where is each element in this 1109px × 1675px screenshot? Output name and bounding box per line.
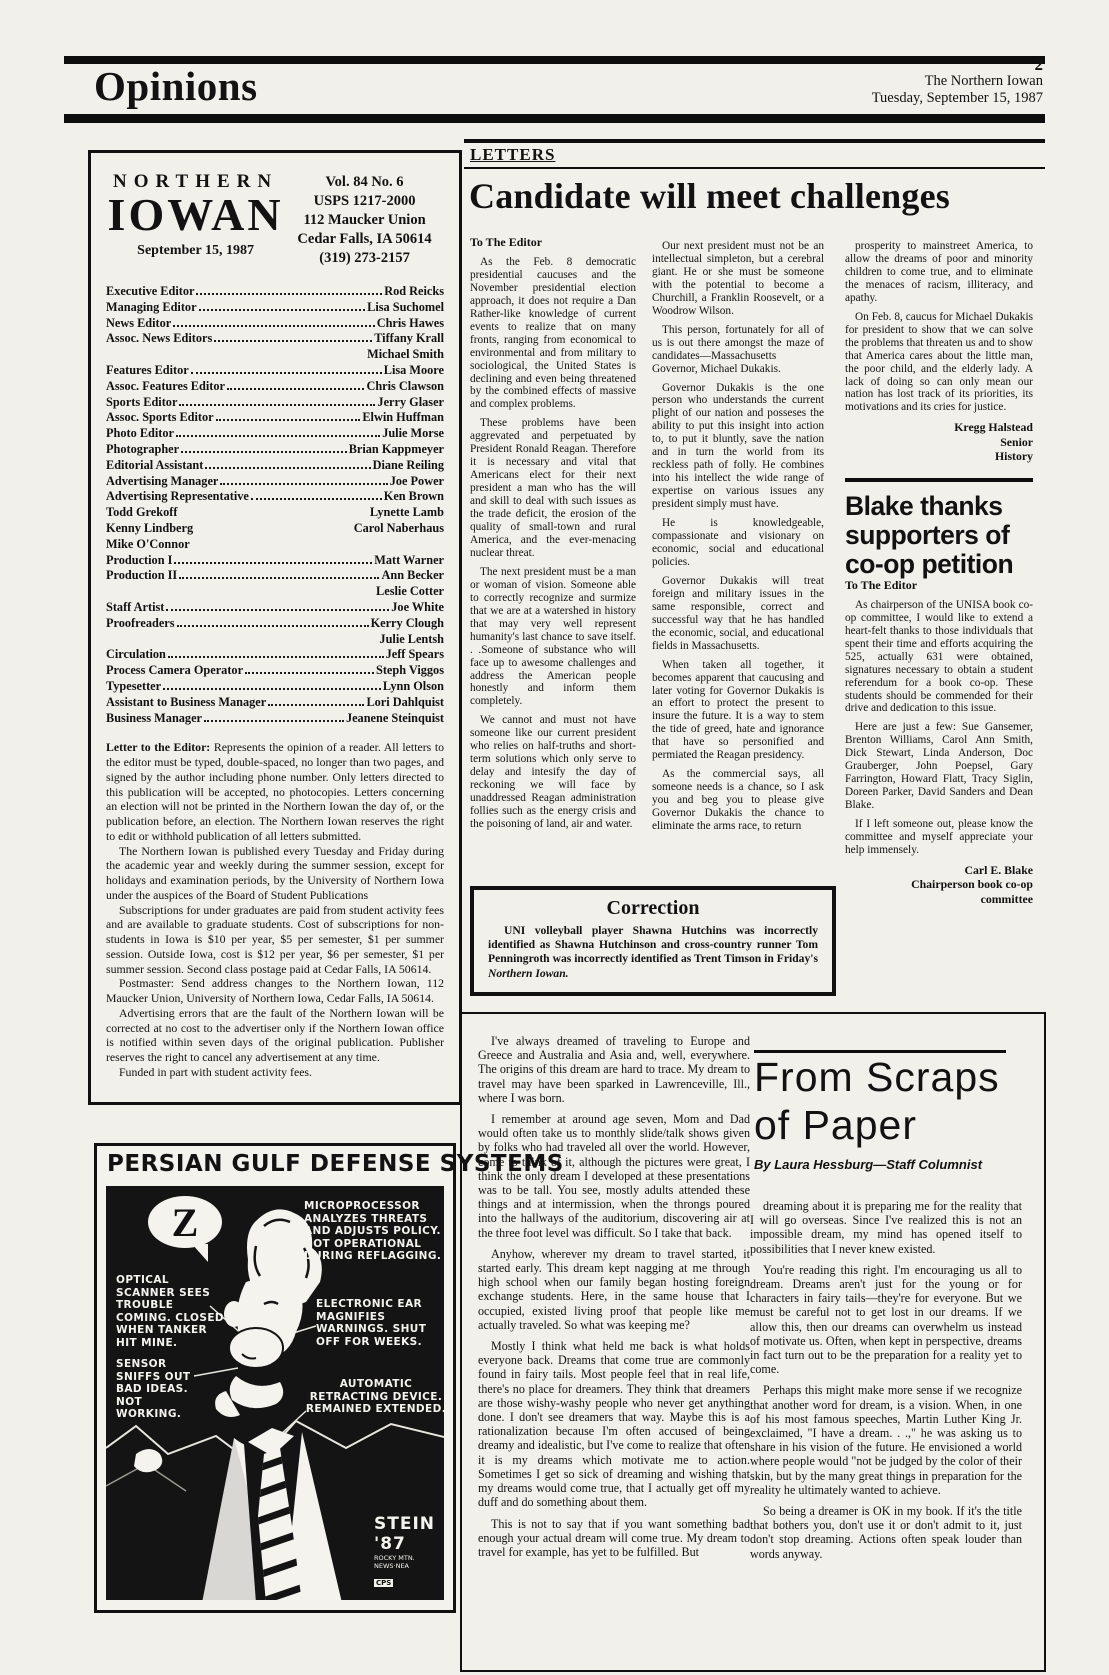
staff-row: Managing Editor Lisa Suchomel: [106, 300, 444, 316]
staff-role: Advertising Representative: [106, 489, 249, 505]
scraps-header: From Scraps of Paper By Laura Hessburg—S…: [754, 1050, 1030, 1172]
staff-row: Features Editor Lisa Moore: [106, 363, 444, 379]
dot-leader: [245, 672, 374, 674]
staff-role: Staff Artist: [106, 600, 164, 616]
cartoon-label-optical: OPTICAL SCANNER SEES TROUBLE COMING. CLO…: [116, 1274, 226, 1349]
scraps-column-box: I've always dreamed of traveling to Euro…: [460, 1012, 1046, 1672]
staff-role: News Editor: [106, 316, 171, 332]
staff-role: Managing Editor: [106, 300, 197, 316]
staff-role: Assoc. Features Editor: [106, 379, 225, 395]
staff-role: Sports Editor: [106, 395, 177, 411]
staff-row: Assoc. Sports Editor Elwin Huffman: [106, 410, 444, 426]
dot-leader: [174, 562, 372, 564]
dot-leader: [191, 372, 382, 374]
staff-name: Leslie Cotter: [376, 584, 444, 600]
fine-print-paragraph: Advertising errors that are the fault of…: [106, 1006, 444, 1065]
paper-name: The Northern Iowan: [872, 73, 1043, 90]
staff-row: Advertising Representative Ken Brown: [106, 489, 444, 505]
page-number: 2: [872, 56, 1043, 73]
staff-row: Photo Editor Julie Morse: [106, 426, 444, 442]
cartoon-syndicate-1: ROCKY MTN.: [374, 1554, 444, 1562]
staff-name: Julie Lentsh: [379, 632, 444, 648]
column-title-line2: of Paper: [754, 1101, 1030, 1149]
staff-role: Kenny Lindberg: [106, 521, 193, 537]
staff-row: Production II Ann Becker: [106, 568, 444, 584]
staff-row: Executive Editor Rod Reicks: [106, 284, 444, 300]
correction-box: Correction UNI volleyball player Shawna …: [470, 886, 836, 996]
staff-role: Photo Editor: [106, 426, 174, 442]
dot-leader: [173, 325, 374, 327]
issue-date: Tuesday, September 15, 1987: [872, 90, 1043, 107]
staff-role: Assoc. Sports Editor: [106, 410, 214, 426]
staff-name: Julie Morse: [382, 426, 444, 442]
signature-line: History: [845, 449, 1033, 464]
staff-name: Lisa Suchomel: [367, 300, 444, 316]
cartoon-label-microprocessor: MICROPROCESSOR ANALYZES THREATS AND ADJU…: [304, 1200, 444, 1263]
staff-role: Assoc. News Editors: [106, 331, 212, 347]
masthead-fine-print: Letter to the Editor: Represents the opi…: [106, 740, 444, 1079]
header-right: 2 The Northern Iowan Tuesday, September …: [872, 56, 1043, 107]
staff-name: Elwin Huffman: [362, 410, 444, 426]
staff-name: Rod Reicks: [384, 284, 444, 300]
editorial-cartoon: PERSIAN GULF DEFENSE SYSTEMS: [94, 1143, 456, 1613]
staff-row: Process Camera Operator Steph Viggos: [106, 663, 444, 679]
dot-leader: [214, 340, 372, 342]
staff-row: Mike O'Connor: [106, 537, 444, 553]
letter-signature: Kregg HalsteadSeniorHistory: [845, 420, 1033, 464]
masthead-date: September 15, 1987: [106, 243, 285, 259]
dot-leader: [268, 704, 364, 706]
letter-col3-paragraphs: prosperity to mainstreet America, to all…: [845, 240, 1033, 414]
staff-role: Editorial Assistant: [106, 458, 203, 474]
staff-role: Circulation: [106, 647, 166, 663]
blake-rule: [845, 478, 1033, 482]
masthead-info-line: Cedar Falls, IA 50614: [285, 230, 444, 249]
staff-name: Matt Warner: [374, 553, 444, 569]
dot-leader: [166, 609, 389, 611]
masthead-nameplate: NORTHERN IOWAN September 15, 1987: [106, 165, 285, 268]
dot-leader: [216, 419, 361, 421]
letter-col2-paragraphs: Our next president must not be an intell…: [652, 240, 824, 833]
letter-paragraph: He is knowledgeable, compassionate and v…: [652, 517, 824, 569]
staff-name: Lori Dahlquist: [366, 695, 444, 711]
masthead-box: NORTHERN IOWAN September 15, 1987 Vol. 8…: [88, 150, 462, 1105]
letter-paragraph: As the Feb. 8 democratic presidential ca…: [470, 256, 636, 411]
staff-name: Diane Reiling: [373, 458, 444, 474]
letter-paragraph: These problems have been aggrevated and …: [470, 417, 636, 559]
staff-row: Leslie Cotter: [106, 584, 444, 600]
signature-line: Senior: [845, 435, 1033, 450]
staff-row: Advertising Manager Joe Power: [106, 474, 444, 490]
staff-row: Staff Artist Joe White: [106, 600, 444, 616]
staff-row: Business Manager Jeanene Steinquist: [106, 711, 444, 727]
staff-row: Michael Smith: [106, 347, 444, 363]
letter-salutation: To The Editor: [470, 236, 636, 249]
blake-salutation: To The Editor: [845, 579, 1033, 592]
staff-role: Photographer: [106, 442, 179, 458]
letter-paragraph: Governor Dukakis is the one person who u…: [652, 382, 824, 512]
column-byline: By Laura Hessburg—Staff Columnist: [754, 1157, 1030, 1172]
staff-role: Production I: [106, 553, 172, 569]
correction-italic: Northern Iowan.: [488, 967, 569, 980]
cartoon-label-sensor: SENSOR SNIFFS OUT BAD IDEAS. NOT WORKING…: [116, 1358, 208, 1421]
column-paragraph: This is not to say that if you want some…: [478, 1517, 750, 1560]
fine-print-lead: Letter to the Editor:: [106, 740, 214, 754]
letter-headline: Candidate will meet challenges: [469, 176, 1047, 216]
column-paragraph: You're reading this right. I'm encouragi…: [750, 1263, 1022, 1377]
staff-name: Lynette Lamb: [370, 505, 444, 521]
staff-role: Advertising Manager: [106, 474, 218, 490]
staff-row: News Editor Chris Hawes: [106, 316, 444, 332]
column-paragraph: I remember at around age seven, Mom and …: [478, 1112, 750, 1240]
letter-paragraph: We cannot and must not have someone like…: [470, 714, 636, 831]
dot-leader: [176, 435, 380, 437]
letters-rule-thin: [464, 167, 1045, 169]
masthead-name-line2: IOWAN: [106, 193, 285, 237]
staff-role: Features Editor: [106, 363, 189, 379]
dot-leader: [179, 577, 379, 579]
dot-leader: [163, 688, 381, 690]
dot-leader: [227, 388, 364, 390]
staff-row: Assoc. Features Editor Chris Clawson: [106, 379, 444, 395]
cartoon-syndicate-3: CPS: [374, 1579, 393, 1587]
staff-name: Ann Becker: [381, 568, 444, 584]
staff-role: Typesetter: [106, 679, 161, 695]
staff-list: Executive Editor Rod Reicks Managing Edi…: [106, 284, 444, 726]
fine-print-paragraph: Letter to the Editor: Represents the opi…: [106, 740, 444, 843]
staff-name: Jeff Spears: [386, 647, 444, 663]
speech-bubble-tail: [192, 1244, 208, 1262]
fine-print-paragraph: Postmaster: Send address changes to the …: [106, 976, 444, 1006]
staff-row: Production I Matt Warner: [106, 553, 444, 569]
staff-row: Julie Lentsh: [106, 632, 444, 648]
staff-name: Kerry Clough: [371, 616, 444, 632]
section-title: Opinions: [94, 62, 258, 110]
staff-role: Proofreaders: [106, 616, 175, 632]
column-title-line1: From Scraps: [754, 1053, 1030, 1101]
staff-name: Joe Power: [390, 474, 444, 490]
dot-leader: [181, 451, 347, 453]
letter-paragraph: This person, fortunately for all of us i…: [652, 324, 824, 376]
dot-leader: [204, 720, 344, 722]
staff-row: Assistant to Business Manager Lori Dahlq…: [106, 695, 444, 711]
letter-column-3: prosperity to mainstreet America, to all…: [845, 240, 1033, 906]
staff-name: Chris Clawson: [366, 379, 444, 395]
letter-paragraph: Our next president must not be an intell…: [652, 240, 824, 318]
staff-row: Todd Grekoff Lynette Lamb: [106, 505, 444, 521]
staff-role: Business Manager: [106, 711, 202, 727]
staff-row: Typesetter Lynn Olson: [106, 679, 444, 695]
letter-paragraph: As chairperson of the UNISA book co-op c…: [845, 599, 1033, 716]
correction-title: Correction: [488, 897, 818, 920]
staff-role: Mike O'Connor: [106, 537, 190, 553]
signature-line: Carl E. Blake: [845, 863, 1033, 878]
column-paragraph: Mostly I think what held me back is what…: [478, 1339, 750, 1509]
letter-column-1: To The Editor As the Feb. 8 democratic p…: [470, 236, 636, 837]
column-paragraph: I've always dreamed of traveling to Euro…: [478, 1034, 750, 1105]
staff-name: Michael Smith: [367, 347, 444, 363]
staff-row: Assoc. News Editors Tiffany Krall: [106, 331, 444, 347]
letter-paragraph: Governor Dukakis will treat foreign and …: [652, 575, 824, 653]
masthead-info: Vol. 84 No. 6USPS 1217-2000112 Maucker U…: [285, 165, 444, 268]
dot-leader: [199, 309, 366, 311]
letter-paragraph: Here are just a few: Sue Gansemer, Brent…: [845, 721, 1033, 812]
letter-paragraph: prosperity to mainstreet America, to all…: [845, 240, 1033, 305]
staff-role: Process Camera Operator: [106, 663, 243, 679]
dot-leader: [179, 404, 375, 406]
letter-paragraph: When taken all together, it becomes appa…: [652, 659, 824, 763]
column-paragraph: dreaming about it is preparing me for th…: [750, 1199, 1022, 1256]
staff-name: Ken Brown: [384, 489, 444, 505]
fine-print-paragraph: Subscriptions for under graduates are pa…: [106, 903, 444, 977]
fine-print-paragraph: The Northern Iowan is published every Tu…: [106, 844, 444, 903]
cartoon-label-ear: ELECTRONIC EAR MAGNIFIES WARNINGS. SHUT …: [316, 1298, 444, 1348]
signature-line: Chairperson book co-op: [845, 877, 1033, 892]
speech-bubble: Z: [148, 1196, 222, 1248]
staff-role: Executive Editor: [106, 284, 194, 300]
dot-leader: [196, 293, 382, 295]
scraps-right-column: dreaming about it is preparing me for th…: [750, 1199, 1022, 1568]
cartoonist-name: STEIN '87: [374, 1514, 444, 1554]
dot-leader: [177, 625, 369, 627]
header-bottom-rule: [64, 114, 1045, 123]
signature-line: Kregg Halstead: [845, 420, 1033, 435]
staff-row: Circulation Jeff Spears: [106, 647, 444, 663]
cartoon-syndicate-2: NEWS·NEA: [374, 1562, 444, 1570]
letter-paragraph: On Feb. 8, caucus for Michael Dukakis fo…: [845, 311, 1033, 415]
letter-col1-paragraphs: As the Feb. 8 democratic presidential ca…: [470, 256, 636, 831]
staff-row: Sports Editor Jerry Glaser: [106, 395, 444, 411]
blake-headline: Blake thanks supporters of co-op petitio…: [845, 492, 1033, 579]
staff-name: Lynn Olson: [383, 679, 444, 695]
staff-name: Brian Kappmeyer: [349, 442, 444, 458]
blake-paragraphs: As chairperson of the UNISA book co-op c…: [845, 599, 1033, 857]
staff-name: Tiffany Krall: [374, 331, 444, 347]
column-paragraph: So being a dreamer is OK in my book. If …: [750, 1504, 1022, 1561]
dot-leader: [205, 467, 370, 469]
masthead-info-line: 112 Maucker Union: [285, 211, 444, 230]
scraps-left-column: I've always dreamed of traveling to Euro…: [478, 1034, 750, 1566]
cartoon-panel: Z MICROPROCESSOR ANALYZES THREATS AND AD…: [106, 1186, 444, 1600]
letters-rule-top: [464, 139, 1045, 143]
staff-name: Steph Viggos: [376, 663, 444, 679]
dot-leader: [220, 483, 387, 485]
masthead-info-line: USPS 1217-2000: [285, 192, 444, 211]
letters-kicker: LETTERS: [470, 145, 555, 165]
staff-row: Editorial Assistant Diane Reiling: [106, 458, 444, 474]
masthead-info-line: (319) 273-2157: [285, 249, 444, 268]
staff-role: Todd Grekoff: [106, 505, 177, 521]
staff-row: Kenny Lindberg Carol Naberhaus: [106, 521, 444, 537]
letter-paragraph: If I left someone out, please know the c…: [845, 818, 1033, 857]
dot-leader: [168, 656, 384, 658]
staff-name: Carol Naberhaus: [354, 521, 444, 537]
staff-name: Jeanene Steinquist: [346, 711, 444, 727]
staff-role: Assistant to Business Manager: [106, 695, 266, 711]
fine-print-paragraph: Funded in part with student activity fee…: [106, 1065, 444, 1080]
staff-name: Chris Hawes: [377, 316, 444, 332]
cartoon-label-retracting: AUTOMATIC RETRACTING DEVICE. REMAINED EX…: [304, 1378, 444, 1416]
staff-name: Jerry Glaser: [377, 395, 444, 411]
cartoon-title: PERSIAN GULF DEFENSE SYSTEMS: [97, 1146, 453, 1179]
letter-column-2: Our next president must not be an intell…: [652, 240, 824, 839]
letter-paragraph: As the commercial says, all someone need…: [652, 768, 824, 833]
masthead-info-line: Vol. 84 No. 6: [285, 173, 444, 192]
dot-leader: [251, 498, 382, 500]
correction-text: UNI volleyball player Shawna Hutchins wa…: [488, 924, 818, 981]
staff-row: Proofreaders Kerry Clough: [106, 616, 444, 632]
cartoon-signature: STEIN '87 ROCKY MTN. NEWS·NEA CPS: [374, 1514, 444, 1589]
column-paragraph: Anyhow, wherever my dream to travel star…: [478, 1247, 750, 1332]
staff-name: Joe White: [391, 600, 444, 616]
column-paragraph: Perhaps this might make more sense if we…: [750, 1383, 1022, 1497]
masthead: NORTHERN IOWAN September 15, 1987 Vol. 8…: [106, 165, 444, 268]
signature-line: committee: [845, 892, 1033, 907]
staff-name: Lisa Moore: [384, 363, 444, 379]
staff-row: Photographer Brian Kappmeyer: [106, 442, 444, 458]
blake-signature: Carl E. BlakeChairperson book co-opcommi…: [845, 863, 1033, 907]
letter-paragraph: The next president must be a man or woma…: [470, 566, 636, 708]
speech-bubble-z: Z: [172, 1199, 199, 1246]
staff-role: Production II: [106, 568, 177, 584]
newspaper-page: Opinions 2 The Northern Iowan Tuesday, S…: [0, 0, 1109, 1675]
